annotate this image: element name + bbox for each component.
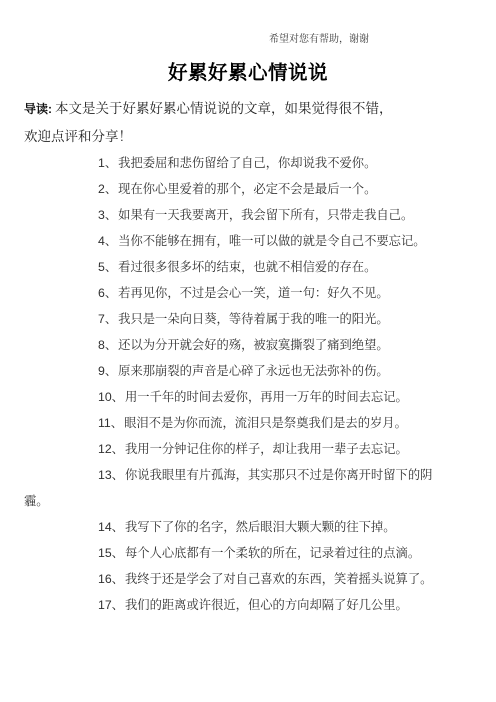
- list-item: 7、我只是一朵向日葵，等待着属于我的唯一的阳光。: [24, 306, 434, 332]
- item-text: 原来那崩裂的声音是心碎了永远也无法弥补的伤。: [118, 364, 389, 378]
- list-item: 5、看过很多很多坏的结束，也就不相信爱的存在。: [24, 254, 434, 280]
- item-number: 7、: [98, 312, 118, 326]
- list-item: 3、如果有一天我要离开，我会留下所有，只带走我自己。: [24, 202, 434, 228]
- item-text: 用一千年的时间去爱你，再用一万年的时间去忘记。: [125, 390, 408, 404]
- item-number: 9、: [98, 364, 118, 378]
- list-item: 15、每个人心底都有一个柔软的所在，记录着过往的点滴。: [24, 540, 434, 566]
- item-text: 我们的距离或许很近，但心的方向却隔了好几公里。: [125, 598, 408, 612]
- item-number: 14、: [98, 520, 125, 534]
- item-text: 眼泪不是为你而流，流泪只是祭奠我们是去的岁月。: [124, 416, 407, 430]
- item-number: 2、: [98, 182, 118, 196]
- lead-paragraph: 导读:本文是关于好累好累心情说说的文章，如果觉得很不错，欢迎点评和分享！: [24, 95, 476, 150]
- item-number: 3、: [98, 208, 118, 222]
- item-number: 12、: [98, 442, 125, 456]
- item-number: 6、: [98, 286, 118, 300]
- page-title: 好累好累心情说说: [0, 61, 496, 86]
- list-item: 6、若再见你，不过是会心一笑，道一句：好久不见。: [24, 280, 434, 306]
- item-number: 1、: [98, 156, 118, 170]
- item-text: 若再见你，不过是会心一笑，道一句：好久不见。: [118, 286, 389, 300]
- item-text: 看过很多很多坏的结束，也就不相信爱的存在。: [118, 260, 376, 274]
- item-number: 13、: [98, 468, 125, 482]
- item-number: 15、: [98, 546, 125, 560]
- list-item: 16、我终于还是学会了对自己喜欢的东西，笑着摇头说算了。: [24, 566, 434, 592]
- list-item: 12、我用一分钟记住你的样子，却让我用一辈子去忘记。: [24, 436, 434, 462]
- lead-line2: 欢迎点评和分享！: [24, 129, 132, 144]
- list-item: 17、我们的距离或许很近，但心的方向却隔了好几公里。: [24, 592, 434, 618]
- item-text: 我只是一朵向日葵，等待着属于我的唯一的阳光。: [118, 312, 389, 326]
- item-text: 你说我眼里有片孤海，其实那只不过是你离开时留下的阴霾。: [24, 468, 432, 508]
- item-text: 现在你心里爱着的那个，必定不会是最后一个。: [118, 182, 376, 196]
- item-number: 17、: [98, 598, 125, 612]
- item-text: 我写下了你的名字，然后眼泪大颗大颗的往下掉。: [125, 520, 396, 534]
- list-item: 1、我把委屈和悲伤留给了自己，你却说我不爱你。: [24, 150, 434, 176]
- page-header-hint: 希望对您有帮助，谢谢: [269, 33, 369, 47]
- item-number: 5、: [98, 260, 118, 274]
- list-item: 4、当你不能够在拥有，唯一可以做的就是令自己不要忘记。: [24, 228, 434, 254]
- list-item: 13、你说我眼里有片孤海，其实那只不过是你离开时留下的阴霾。: [24, 462, 434, 514]
- item-number: 4、: [98, 234, 118, 248]
- item-text: 当你不能够在拥有，唯一可以做的就是令自己不要忘记。: [118, 234, 425, 248]
- item-number: 10、: [98, 390, 125, 404]
- list-item: 14、我写下了你的名字，然后眼泪大颗大颗的往下掉。: [24, 514, 434, 540]
- list-item: 11、眼泪不是为你而流，流泪只是祭奠我们是去的岁月。: [24, 410, 434, 436]
- item-text: 我终于还是学会了对自己喜欢的东西，笑着摇头说算了。: [125, 572, 432, 586]
- document-page: 希望对您有帮助，谢谢 好累好累心情说说 导读:本文是关于好累好累心情说说的文章，…: [0, 0, 496, 702]
- item-text: 我把委屈和悲伤留给了自己，你却说我不爱你。: [118, 156, 376, 170]
- list-item: 2、现在你心里爱着的那个，必定不会是最后一个。: [24, 176, 434, 202]
- lead-line1: 本文是关于好累好累心情说说的文章，如果觉得很不错，: [55, 101, 393, 116]
- list-item: 9、原来那崩裂的声音是心碎了永远也无法弥补的伤。: [24, 358, 434, 384]
- list-item: 10、用一千年的时间去爱你，再用一万年的时间去忘记。: [24, 384, 434, 410]
- item-text: 每个人心底都有一个柔软的所在，记录着过往的点滴。: [125, 546, 420, 560]
- item-text: 我用一分钟记住你的样子，却让我用一辈子去忘记。: [125, 442, 408, 456]
- item-number: 8、: [98, 338, 118, 352]
- quote-list: 1、我把委屈和悲伤留给了自己，你却说我不爱你。2、现在你心里爱着的那个，必定不会…: [24, 150, 434, 618]
- item-number: 11、: [98, 416, 124, 430]
- lead-label: 导读:: [24, 102, 55, 116]
- item-text: 如果有一天我要离开，我会留下所有，只带走我自己。: [118, 208, 413, 222]
- list-item: 8、还以为分开就会好的殇，被寂寞撕裂了痛到绝望。: [24, 332, 434, 358]
- item-number: 16、: [98, 572, 125, 586]
- item-text: 还以为分开就会好的殇，被寂寞撕裂了痛到绝望。: [118, 338, 389, 352]
